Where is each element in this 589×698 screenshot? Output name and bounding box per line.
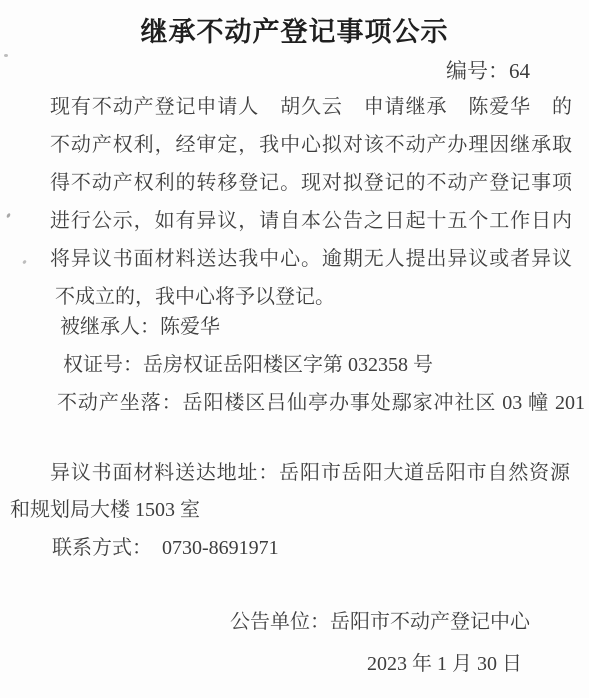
issuer-line: 公告单位：岳阳市不动产登记中心 xyxy=(230,609,530,635)
body-paragraph-line-3: 得不动产权利的转移登记。现对拟登记的不动产登记事项 xyxy=(50,170,572,196)
inheritance-notice-document: 继承不动产登记事项公示 编号：64 现有不动产登记申请人 胡久云 申请继承 陈爱… xyxy=(0,0,589,698)
body-paragraph-line-2: 不动产权利，经审定，我中心拟对该不动产办理因继承取 xyxy=(50,132,572,158)
doc-number: 编号：64 xyxy=(446,58,530,84)
objection-address-line-2: 和规划局大楼 1503 室 xyxy=(10,497,200,523)
scan-speck xyxy=(6,213,11,219)
objection-address-line-1: 异议书面材料送达地址：岳阳市岳阳大道岳阳市自然资源 xyxy=(50,460,570,486)
body-paragraph-line-5: 将异议书面材料送达我中心。逾期无人提出异议或者异议 xyxy=(50,246,572,272)
date-line: 2023 年 1 月 30 日 xyxy=(367,651,522,677)
body-paragraph-line-6: 不成立的，我中心将予以登记。 xyxy=(55,284,335,310)
page-title: 继承不动产登记事项公示 xyxy=(0,10,589,49)
decedent-field: 被继承人：陈爱华 xyxy=(60,314,220,340)
contact-phone-field: 联系方式： 0730-8691971 xyxy=(52,535,279,561)
scan-speck xyxy=(4,54,8,57)
body-paragraph-line-4: 进行公示，如有异议，请自本公告之日起十五个工作日内 xyxy=(50,208,572,234)
certificate-number-field: 权证号：岳房权证岳阳楼区字第 032358 号 xyxy=(63,352,433,378)
property-location-field: 不动产坐落：岳阳楼区吕仙亭办事处鄢家冲社区 03 幢 201 xyxy=(57,390,585,416)
scan-speck xyxy=(22,260,27,265)
body-paragraph-line-1: 现有不动产登记申请人 胡久云 申请继承 陈爱华 的 xyxy=(50,94,572,120)
